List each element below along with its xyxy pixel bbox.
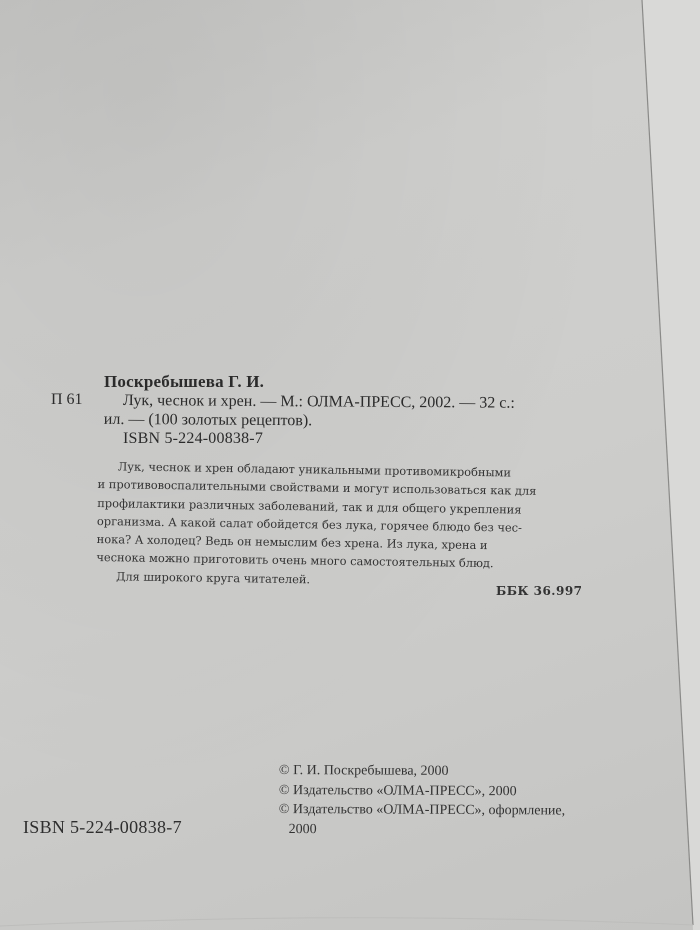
footer-isbn: ISBN 5-224-00838-7 xyxy=(23,817,182,838)
catalog-isbn: ISBN 5-224-00838-7 xyxy=(123,430,263,448)
copyright-line: © Издательство «ОЛМА-ПРЕСС», 2000 xyxy=(279,780,566,801)
copyright-year: 2000 xyxy=(279,819,566,840)
bbk-classification: ББК 36.997 xyxy=(496,584,583,598)
bibliographic-description: Лук, чеснок и хрен. — М.: ОЛМА-ПРЕСС, 20… xyxy=(123,391,515,432)
copyright-line: © Г. И. Поскребышева, 2000 xyxy=(279,761,566,782)
bibliographic-line-1: Лук, чеснок и хрен. — М.: ОЛМА-ПРЕСС, 20… xyxy=(123,392,515,412)
annotation-block: Лук, чеснок и хрен обладают уникальными … xyxy=(96,457,537,592)
copyright-line: © Издательство «ОЛМА-ПРЕСС», оформление, xyxy=(279,800,566,821)
bibliographic-line-2: ил. — (100 золотых рецептов). xyxy=(104,410,515,432)
call-number: П 61 xyxy=(51,391,83,409)
copyright-block: © Г. И. Поскребышева, 2000 © Издательств… xyxy=(279,761,566,840)
author-heading: Поскребышева Г. И. xyxy=(104,372,264,392)
